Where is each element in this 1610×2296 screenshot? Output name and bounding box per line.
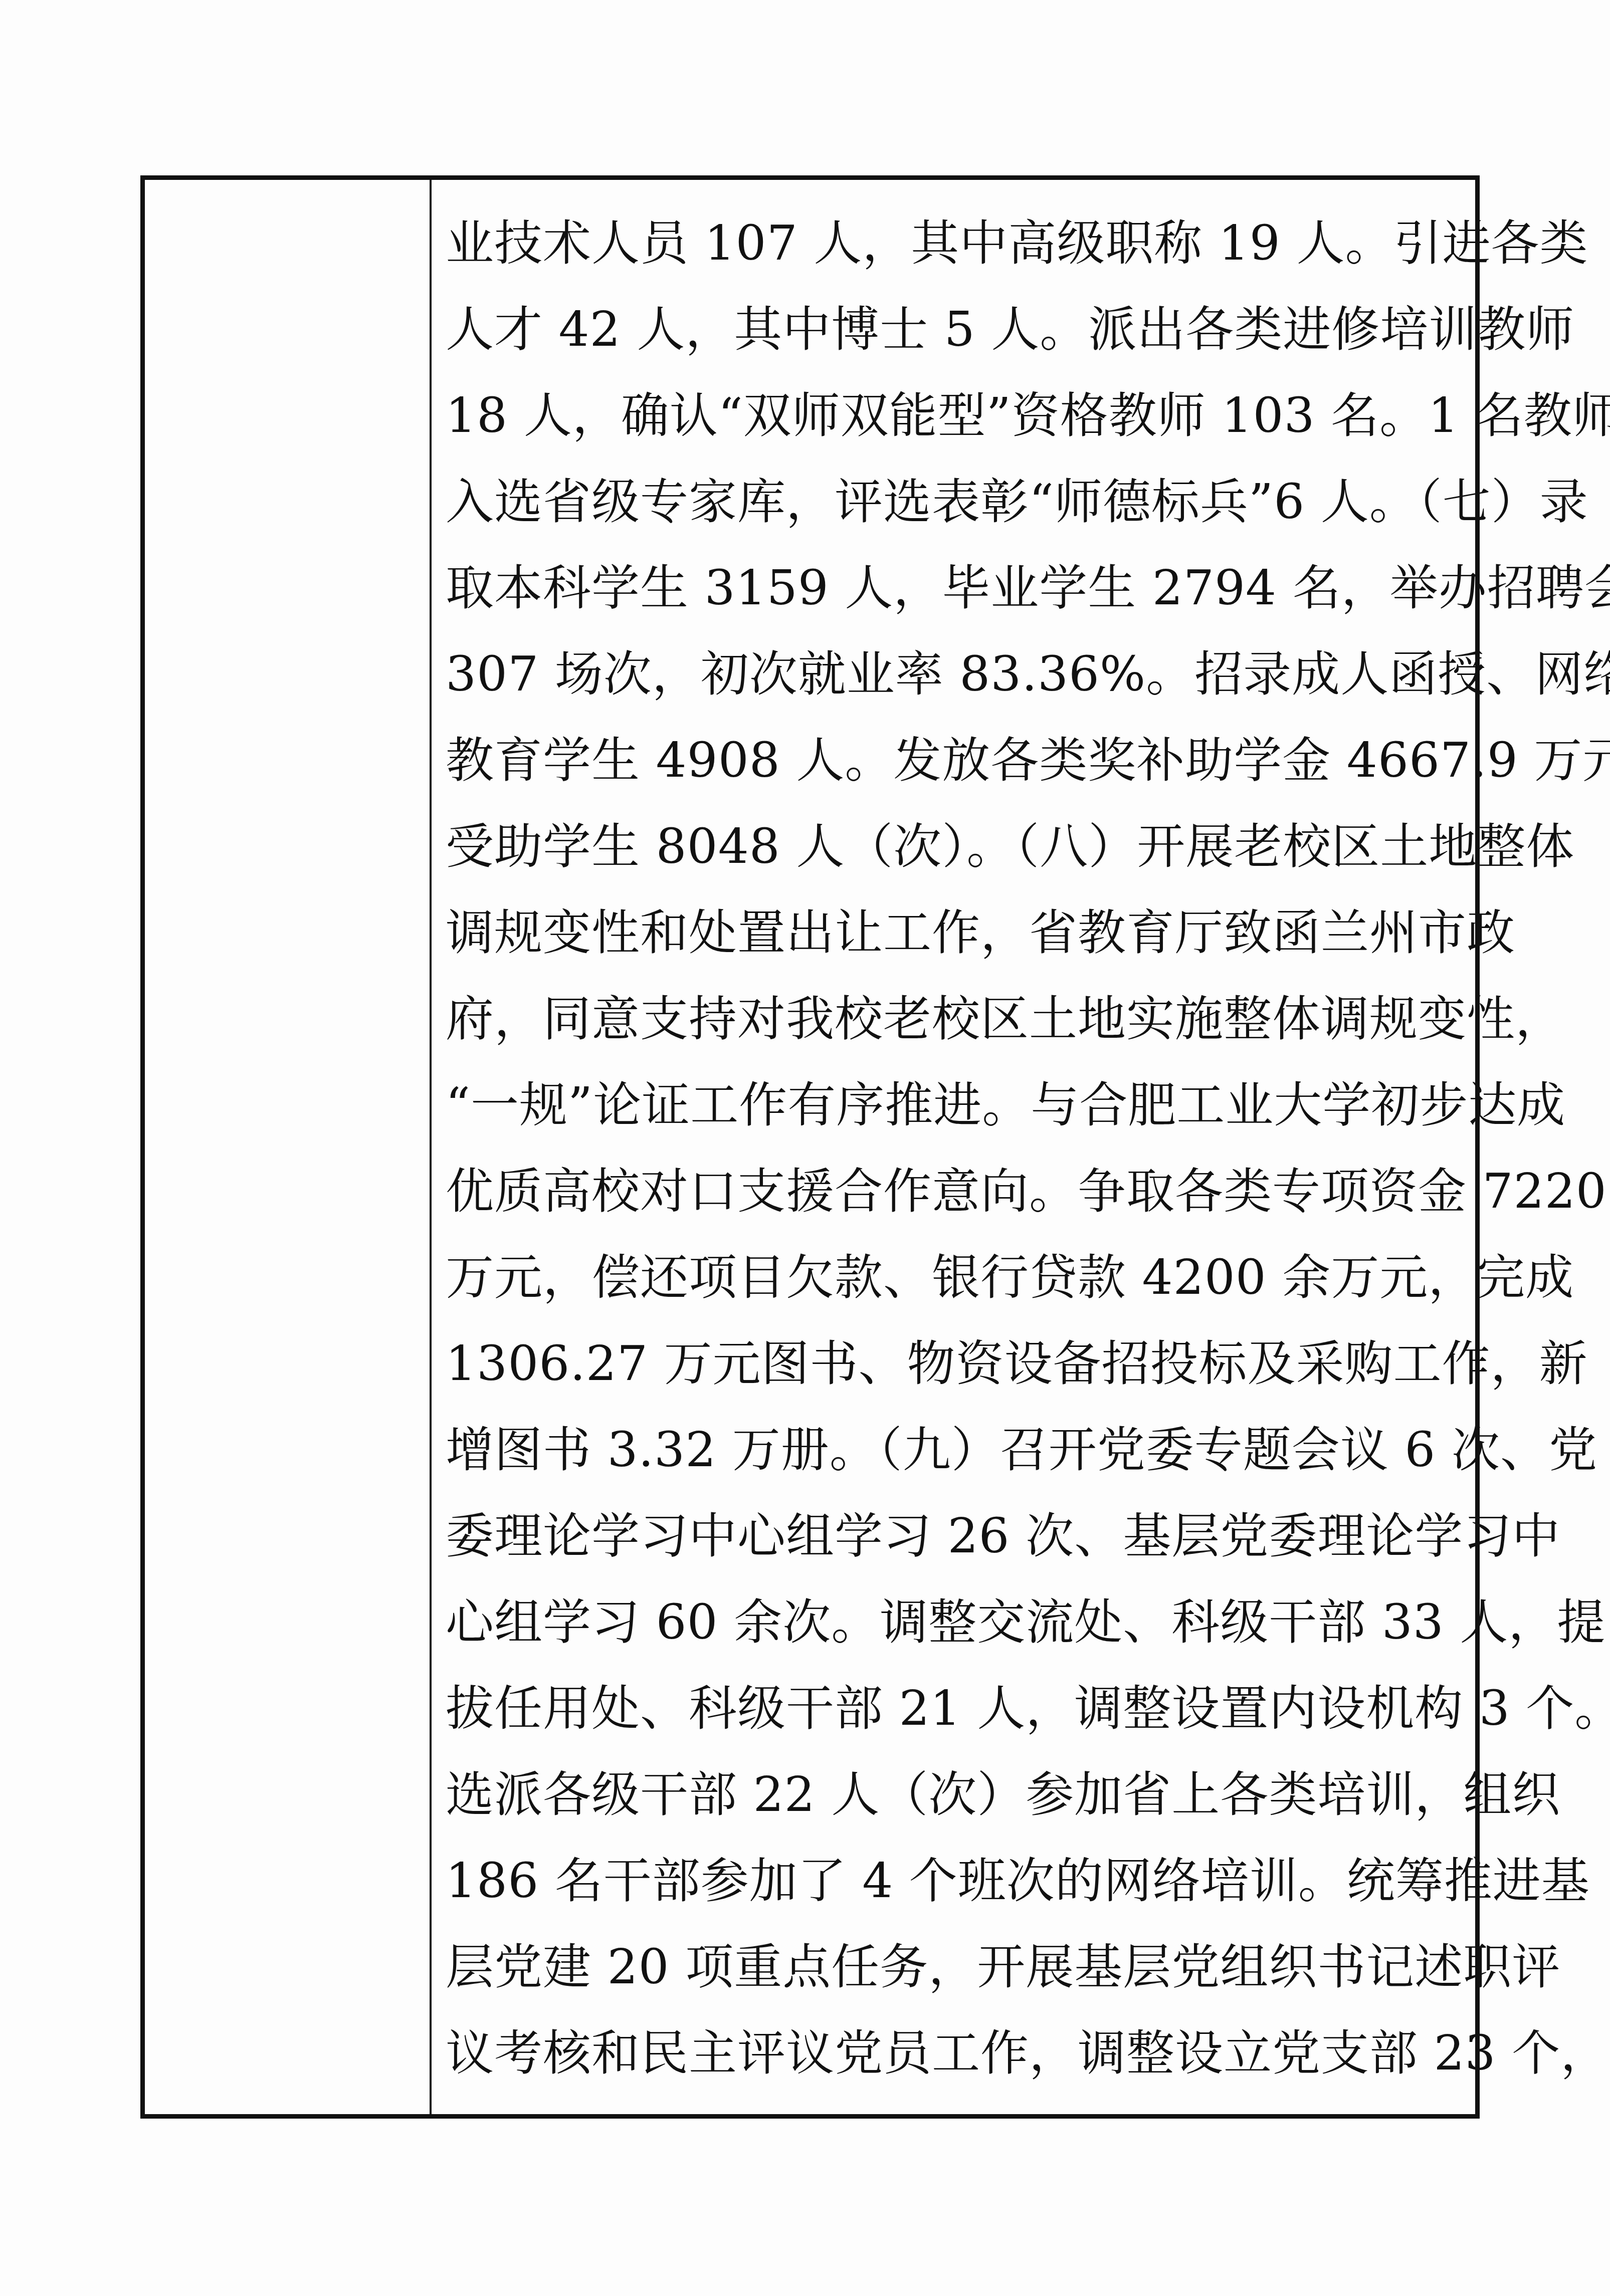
table-right-cell: 业技术人员 107 人，其中高级职称 19 人。引进各类 人才 42 人，其中博… — [434, 180, 1475, 2114]
text-line: 186 名干部参加了 4 个班次的网络培训。统筹推进基 — [446, 1838, 1461, 1924]
report-table: 业技术人员 107 人，其中高级职称 19 人。引进各类 人才 42 人，其中博… — [140, 175, 1480, 2119]
text-line: 1306.27 万元图书、物资设备招投标及采购工作，新 — [446, 1320, 1461, 1407]
text-line: 拔任用处、科级干部 21 人，调整设置内设机构 3 个。 — [446, 1665, 1461, 1751]
text-line: 万元，偿还项目欠款、银行贷款 4200 余万元，完成 — [446, 1234, 1461, 1320]
text-line: 增图书 3.32 万册。（九）召开党委专题会议 6 次、党 — [446, 1407, 1461, 1493]
text-line: 受助学生 8048 人（次）。（八）开展老校区土地整体 — [446, 803, 1461, 889]
table-left-cell — [145, 180, 432, 2114]
text-line: 人才 42 人，其中博士 5 人。派出各类进修培训教师 — [446, 286, 1461, 372]
document-page: 业技术人员 107 人，其中高级职称 19 人。引进各类 人才 42 人，其中博… — [0, 0, 1610, 2296]
text-line: 教育学生 4908 人。发放各类奖补助学金 4667.9 万元， — [446, 717, 1461, 803]
text-line: 议考核和民主评议党员工作，调整设立党支部 23 个， — [446, 2010, 1461, 2096]
text-line: 入选省级专家库，评选表彰“师德标兵”6 人。（七）录 — [446, 458, 1461, 545]
text-line: “一规”论证工作有序推进。与合肥工业大学初步达成 — [446, 1062, 1461, 1148]
report-body-text: 业技术人员 107 人，其中高级职称 19 人。引进各类 人才 42 人，其中博… — [446, 200, 1461, 2096]
text-line: 307 场次，初次就业率 83.36%。招录成人函授、网络 — [446, 631, 1461, 717]
text-line: 府，同意支持对我校老校区土地实施整体调规变性， — [446, 976, 1461, 1062]
text-line: 层党建 20 项重点任务，开展基层党组织书记述职评 — [446, 1924, 1461, 2010]
text-line: 业技术人员 107 人，其中高级职称 19 人。引进各类 — [446, 200, 1461, 286]
text-line: 优质高校对口支援合作意向。争取各类专项资金 7220 — [446, 1148, 1461, 1234]
text-line: 选派各级干部 22 人（次）参加省上各类培训，组织 — [446, 1751, 1461, 1838]
text-line: 18 人，确认“双师双能型”资格教师 103 名。1 名教师 — [446, 372, 1461, 458]
text-line: 取本科学生 3159 人，毕业学生 2794 名，举办招聘会 — [446, 545, 1461, 631]
text-line: 调规变性和处置出让工作，省教育厅致函兰州市政 — [446, 889, 1461, 976]
text-line: 心组学习 60 余次。调整交流处、科级干部 33 人，提 — [446, 1579, 1461, 1665]
text-line: 委理论学习中心组学习 26 次、基层党委理论学习中 — [446, 1493, 1461, 1579]
